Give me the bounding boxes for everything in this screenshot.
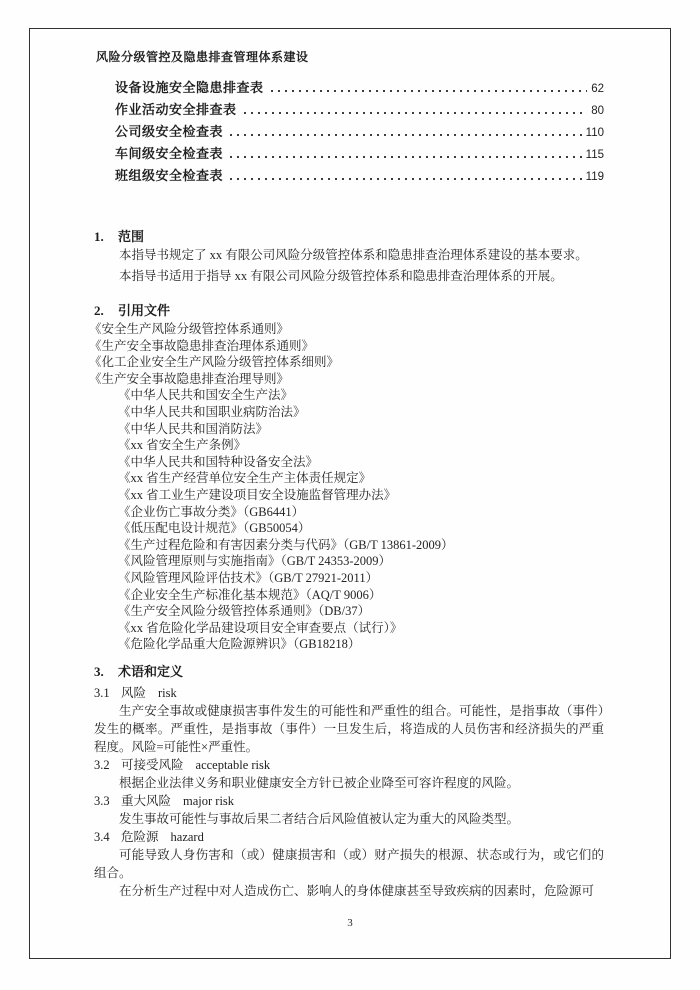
term-english: major risk [183, 794, 234, 808]
toc-item-label: 公司级安全检查表 [115, 121, 223, 143]
section-scope: 1.范围 本指导书规定了 xx 有限公司风险分级管控体系和隐患排查治理体系建设的… [94, 228, 604, 287]
term-definition: 生产安全事故或健康损害事件发生的可能性和严重性的组合。可能性，是指事故（事件）发… [94, 702, 604, 756]
section-references: 2.引用文件 《安全生产风险分级管控体系通则》 《生产安全事故隐患排查治理体系通… [94, 302, 604, 653]
toc-dotted-leader [230, 156, 582, 158]
toc-item-label: 设备设施安全隐患排查表 [115, 77, 264, 99]
toc-item[interactable]: 公司级安全检查表 110 [94, 121, 604, 143]
section-number: 2. [94, 302, 118, 319]
reference-item: 《企业安全生产标准化基本规范》（AQ/T 9006） [89, 587, 604, 604]
toc-item[interactable]: 班组级安全检查表 119 [94, 165, 604, 187]
section-heading: 3.术语和定义 [94, 663, 604, 680]
paragraph: 本指导书规定了 xx 有限公司风险分级管控体系和隐患排查治理体系建设的基本要求。 [94, 245, 604, 266]
section-title: 术语和定义 [118, 664, 183, 679]
reference-item: 《生产安全事故隐患排查治理导则》 [89, 371, 604, 388]
toc-page-number: 62 [591, 78, 604, 100]
reference-item: 《风险管理风险评估技术》（GB/T 27921-2011） [89, 570, 604, 587]
toc-page-number: 119 [586, 166, 604, 188]
term-name: 重大风险 [121, 794, 171, 808]
term-definition: 在分析生产过程中对人造成伤亡、影响人的身体健康甚至导致疾病的因素时，危险源可 [94, 882, 604, 900]
term-heading-acceptable-risk: 3.2可接受风险acceptable risk [94, 756, 604, 774]
reference-item: 《中华人民共和国消防法》 [89, 421, 604, 438]
section-title: 引用文件 [118, 303, 170, 318]
toc-dotted-leader [244, 112, 588, 114]
reference-item: 《生产过程危险和有害因素分类与代码》（GB/T 13861-2009） [89, 537, 604, 554]
term-name: 可接受风险 [121, 758, 184, 772]
toc-page-number: 110 [586, 122, 604, 144]
toc-dotted-leader [230, 134, 582, 136]
section-title: 范围 [118, 229, 144, 244]
page-number: 3 [0, 916, 700, 930]
page-content: 风险分级管控及隐患排查管理体系建设 设备设施安全隐患排查表 62 作业活动安全排… [94, 0, 604, 900]
toc-item-label: 班组级安全检查表 [115, 165, 223, 187]
section-number: 1. [94, 228, 118, 245]
reference-item: 《企业伤亡事故分类》（GB6441） [89, 504, 604, 521]
document-header-title: 风险分级管控及隐患排查管理体系建设 [94, 50, 604, 64]
reference-item: 《中华人民共和国职业病防治法》 [89, 404, 604, 421]
reference-item: 《生产安全事故隐患排查治理体系通则》 [89, 338, 604, 355]
toc-page-number: 80 [591, 100, 604, 122]
term-heading-hazard: 3.4危险源hazard [94, 828, 604, 846]
term-english: hazard [171, 830, 204, 844]
section-terms-definitions: 3.术语和定义 3.1风险risk 生产安全事故或健康损害事件发生的可能性和严重… [94, 663, 604, 900]
term-definition: 可能导致人身伤害和（或）健康损害和（或）财产损失的根源、状态或行为，或它们的组合… [94, 846, 604, 882]
section-number: 3. [94, 663, 118, 680]
term-name: 风险 [121, 686, 146, 700]
term-heading-risk: 3.1风险risk [94, 684, 604, 702]
section-heading: 2.引用文件 [94, 302, 604, 319]
toc-item[interactable]: 作业活动安全排查表 80 [94, 99, 604, 121]
term-definition: 根据企业法律义务和职业健康安全方针已被企业降至可容许程度的风险。 [94, 774, 604, 792]
toc-item[interactable]: 设备设施安全隐患排查表 62 [94, 77, 604, 99]
terms-list: 3.1风险risk 生产安全事故或健康损害事件发生的可能性和严重性的组合。可能性… [94, 684, 604, 900]
reference-item: 《xx 省安全生产条例》 [89, 437, 604, 454]
document-page: 风险分级管控及隐患排查管理体系建设 设备设施安全隐患排查表 62 作业活动安全排… [0, 0, 700, 990]
toc-item[interactable]: 车间级安全检查表 115 [94, 143, 604, 165]
toc-item-label: 作业活动安全排查表 [115, 99, 237, 121]
reference-item: 《化工企业安全生产风险分级管控体系细则》 [89, 354, 604, 371]
toc-dotted-leader [271, 90, 588, 92]
term-name: 危险源 [121, 830, 159, 844]
reference-list: 《安全生产风险分级管控体系通则》 《生产安全事故隐患排查治理体系通则》 《化工企… [89, 321, 604, 653]
section-paragraphs: 本指导书规定了 xx 有限公司风险分级管控体系和隐患排查治理体系建设的基本要求。… [94, 245, 604, 287]
reference-item: 《中华人民共和国特种设备安全法》 [89, 454, 604, 471]
reference-item: 《中华人民共和国安全生产法》 [89, 387, 604, 404]
term-number: 3.1 [94, 684, 121, 702]
toc-dotted-leader [230, 178, 582, 180]
table-of-contents: 设备设施安全隐患排查表 62 作业活动安全排查表 80 公司级安全检查表 110… [94, 77, 604, 187]
section-heading: 1.范围 [94, 228, 604, 245]
reference-item: 《xx 省危险化学品建设项目安全审查要点（试行）》 [89, 620, 604, 637]
term-number: 3.3 [94, 792, 121, 810]
reference-item: 《xx 省工业生产建设项目安全设施监督管理办法》 [89, 487, 604, 504]
toc-page-number: 115 [586, 144, 604, 166]
term-definition: 发生事故可能性与事故后果二者结合后风险值被认定为重大的风险类型。 [94, 810, 604, 828]
reference-item: 《生产安全风险分级管控体系通则》（DB/37） [89, 603, 604, 620]
term-number: 3.2 [94, 756, 121, 774]
reference-item: 《低压配电设计规范》（GB50054） [89, 520, 604, 537]
reference-item: 《危险化学品重大危险源辨识》（GB18218） [89, 636, 604, 653]
paragraph: 本指导书适用于指导 xx 有限公司风险分级管控体系和隐患排查治理体系的开展。 [94, 266, 604, 287]
term-english: acceptable risk [196, 758, 271, 772]
term-number: 3.4 [94, 828, 121, 846]
term-heading-major-risk: 3.3重大风险major risk [94, 792, 604, 810]
term-english: risk [158, 686, 177, 700]
toc-item-label: 车间级安全检查表 [115, 143, 223, 165]
reference-item: 《安全生产风险分级管控体系通则》 [89, 321, 604, 338]
reference-item: 《xx 省生产经营单位安全生产主体责任规定》 [89, 470, 604, 487]
reference-item: 《风险管理原则与实施指南》（GB/T 24353-2009） [89, 553, 604, 570]
